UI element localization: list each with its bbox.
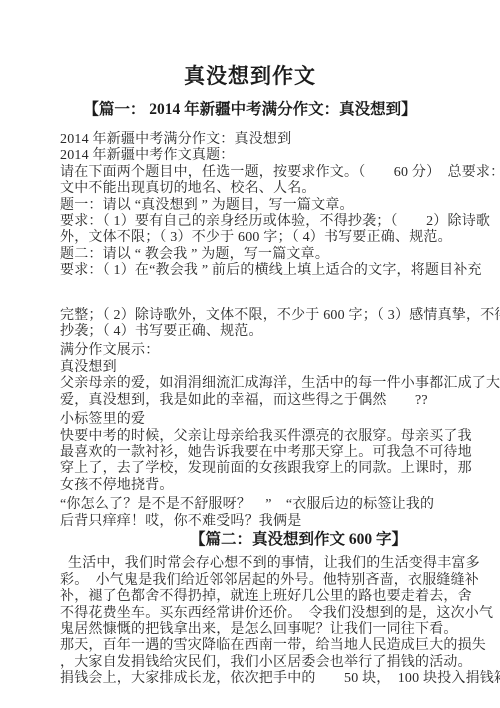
- text-line: 后背只痒痒！哎，你不难受吗？我俩是: [60, 514, 455, 530]
- text-line: 穿上了，去了学校，发现前面的女孩跟我穿上的同款。上课时，那: [60, 461, 455, 477]
- text-line: 父亲母亲的爱，如涓涓细流汇成海洋，生活中的每一件小事都汇成了大: [60, 376, 455, 392]
- text-line: 题一：请以 “真没想到 ” 为题目，写一篇文章。: [60, 198, 455, 214]
- text-line: 爱，真没想到，我是如此的幸福，而这些得之于偶然 ??: [60, 393, 455, 409]
- text-line: 真没想到: [60, 360, 455, 376]
- text-line: ，大家自发捐钱给灾民们，我们小区居委会也举行了捐钱的活动。: [60, 655, 455, 671]
- text-line: 女孩不停地挠背。: [60, 478, 455, 494]
- text-line: “你怎么了？是不是不舒服呀？ ” “衣服后边的标签让我的: [60, 497, 455, 513]
- text-line: 生活中，我们时常会存心想不到的事情，让我们的生活变得丰富多: [60, 556, 455, 572]
- text-line: 不得花费坐车。买东西经常讲价还价。 令我们没想到的是，这次小气: [60, 606, 455, 622]
- text-line: 要求：（ 1）在“教会我 ” 前后的横线上填上适合的文字，将题目补充: [60, 263, 455, 279]
- text-line: 完整；（ 2）除诗歌外，文体不限，不少于 600 字；（ 3）感情真挚，不得: [60, 308, 455, 324]
- text-line: 那天，百年一遇的雪灾降临在西南一带，给当地人民造成巨大的损失: [60, 638, 455, 654]
- text-line: 满分作文展示：: [60, 343, 455, 359]
- document-body: 2014 年新疆中考满分作文：真没想到 2014 年新疆中考作文真题： 请在下面…: [60, 132, 455, 688]
- essay-document-page: 真没想到作文 【篇一： 2014 年新疆中考满分作文：真没想到】 2014 年新…: [0, 0, 500, 708]
- text-line: 要求：（ 1）要有自己的亲身经历或体验，不得抄袭；（ 2）除诗歌: [60, 214, 455, 230]
- text-line: 2014 年新疆中考满分作文：真没想到: [60, 132, 455, 148]
- text-line: 小标签里的爱: [60, 412, 455, 428]
- text-line: 补，褪了色都舍不得扔掉，就连上班好几公里的路也要走着去，舍: [60, 589, 455, 605]
- text-line: 抄袭；（ 4）书写要正确、规范。: [60, 324, 455, 340]
- text-line: 2014 年新疆中考作文真题：: [60, 148, 455, 164]
- text-line: 最喜欢的一款衬衫，她告诉我要在中考那天穿上。可我急不可待地: [60, 445, 455, 461]
- text-line: 外，文体不限；（ 3）不少于 600 字；（ 4）书写要正确、规范。: [60, 230, 455, 246]
- section1-heading: 【篇一： 2014 年新疆中考满分作文：真没想到】: [0, 97, 500, 119]
- text-line: 题二：请以 “ 教会我 ” 为题，写一篇文章。: [60, 247, 455, 263]
- text-line: 快要中考的时候，父亲让母亲给我买件漂亮的衣服穿。母亲买了我: [60, 429, 455, 445]
- text-line: 彩。 小气鬼是我们给近邻邻居起的外号。他特别吝啬，衣服缝缝补: [60, 573, 455, 589]
- text-line: 文中不能出现真切的地名、校名、人名。: [60, 181, 455, 197]
- text-line: 请在下面两个题目中，任选一题，按要求作文。（ 60 分） 总要求：: [60, 165, 455, 181]
- section2-heading: 【篇二：真没想到作文 600 字】: [190, 532, 455, 548]
- text-line: 鬼居然慷慨的把钱拿出来，是怎么回事呢？让我们一同往下看。: [60, 622, 455, 638]
- text-line: 捐钱会上，大家排成长龙，依次把手中的 50 块， 100 块投入捐钱箱，: [60, 671, 455, 687]
- page-title: 真没想到作文: [0, 60, 500, 90]
